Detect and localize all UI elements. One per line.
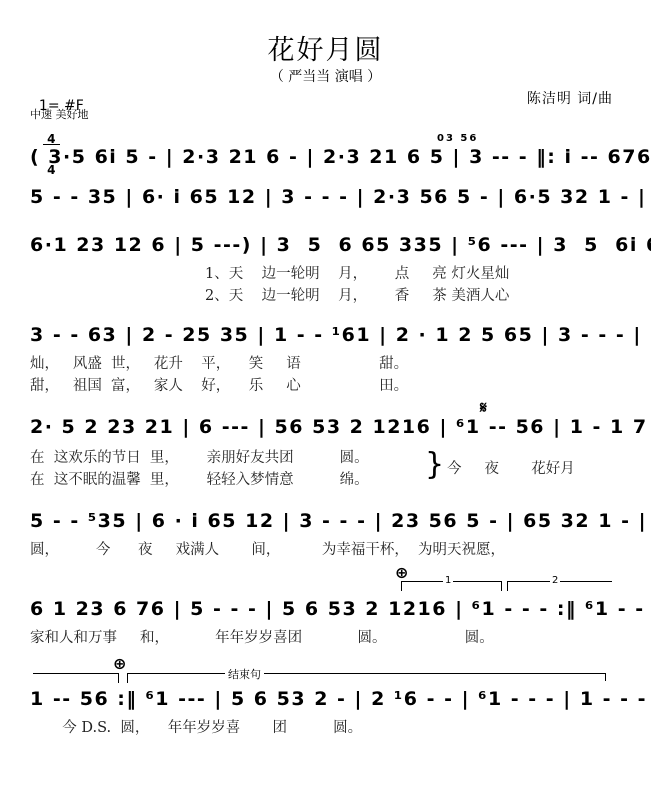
volta-1-label: 1	[443, 575, 453, 586]
lyric-line-3-verse-2: 2、天 边一轮明 月， 香 茶 美酒人心	[205, 284, 509, 305]
brace-icon: }	[425, 448, 444, 482]
lyric-line-5-verse-1: 在 这欢乐的节日 里， 亲朋好友共团 圆。	[30, 446, 369, 467]
singer-credit: （ 严当当 演唱 ）	[0, 66, 651, 86]
coda-sign-icon: ⊕	[395, 563, 408, 582]
ending-bracket-line	[127, 673, 605, 674]
score-line-5: 2· 5 2 23 21 | 6 --- | 56 53 2 1216 | ⁶1…	[30, 416, 651, 438]
volta-1-left-bracket	[401, 581, 402, 591]
score-line-7: 6 1 23 6 76 | 5 - - - | 5 6 53 2 1216 | …	[30, 598, 651, 620]
volta-2-left-bracket	[507, 581, 508, 591]
lyric-line-7: 家和人和万事 和， 年年岁岁喜团 圆。 圆。	[30, 626, 494, 647]
volta-2-label: 2	[550, 575, 560, 586]
song-title: 花好月圆	[0, 28, 651, 67]
score-line-2: 5 - - 35 | 6· i 65 12 | 3 - - - | 2·3 56…	[30, 186, 647, 208]
lyric-line-3-verse-1: 1、天 边一轮明 月， 点 亮 灯火星灿	[205, 262, 509, 283]
lyric-line-4-verse-1: 灿， 风盛 世， 花升 平， 笑 语 甜。	[30, 352, 408, 373]
ending-bracket-start	[127, 673, 128, 683]
segno-sign-icon: 𝄋	[480, 398, 487, 418]
lyric-line-5-chorus: 今 夜 花好月	[447, 457, 575, 478]
coda-sign-icon-2: ⊕	[113, 654, 126, 673]
volta-1-right-bracket	[501, 581, 502, 591]
ending-phrase-label: 结束句	[225, 666, 264, 682]
lyric-line-6: 圆， 今 夜 戏满人 间， 为幸福干杯， 为明天祝愿，	[30, 538, 505, 559]
lyric-line-5-verse-2: 在 这不眠的温馨 里， 轻轻入梦情意 绵。	[30, 468, 369, 489]
key-signature: 1= #F 4 4	[30, 82, 84, 195]
repeat-bracket-line	[33, 673, 118, 674]
lyric-line-8: 今 D.S. 圆， 年年岁岁喜 团 圆。	[30, 716, 362, 737]
ending-bracket-end	[605, 673, 606, 681]
score-line-1: ( 3·5 6i 5 - | 2·3 21 6 - | 2·3 21 6 5 |…	[30, 146, 651, 168]
lyric-line-4-verse-2: 甜， 祖国 富， 家人 好， 乐 心 田。	[30, 374, 408, 395]
score-line-6: 5 - - ⁵35 | 6 · i 65 12 | 3 - - - | 23 5…	[30, 510, 647, 532]
tempo-marking: 中速 美好地	[30, 106, 89, 122]
score-line-4: 3 - - 63 | 2 - 25 35 | 1 - - ¹61 | 2 · 1…	[30, 324, 642, 346]
composer-credit: 陈洁明 词/曲	[527, 88, 613, 108]
score-line-3: 6·1 23 12 6 | 5 ---) | 3 5 6 65 335 | ⁵6…	[30, 234, 651, 256]
repeat-bracket-end	[118, 673, 119, 683]
score-line-8: 1 -- 56 :‖ ⁶1 --- | 5 6 53 2 - | 2 ¹6 - …	[30, 688, 651, 710]
grace-notes-annotation: 03 56	[437, 133, 478, 144]
